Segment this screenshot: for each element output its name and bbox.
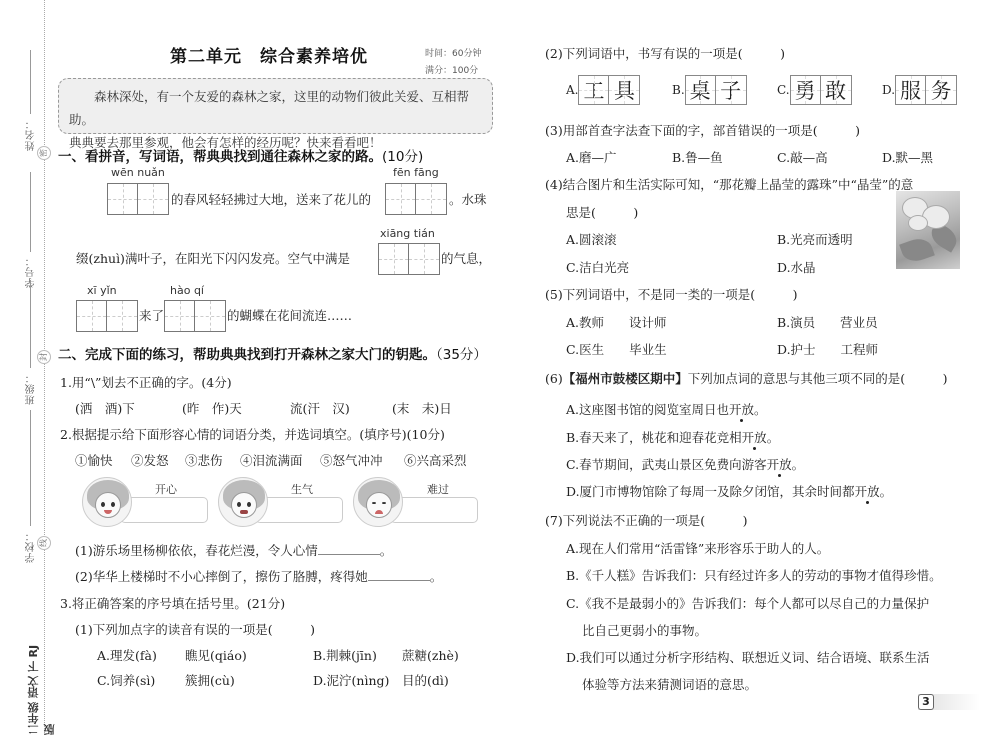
page-number: 3: [918, 694, 934, 710]
r-q5-option-a[interactable]: A.教师 设计师: [566, 313, 667, 331]
q2-blank-1[interactable]: [318, 541, 380, 555]
q1-item-4[interactable]: (末 未)日: [392, 399, 452, 417]
r-q2-a-char-2: 具: [609, 76, 639, 104]
answer-box-fen-fang[interactable]: [385, 183, 447, 215]
r-q4-title-cont: 思是( ): [566, 203, 638, 221]
seal-xian: 线: [37, 536, 51, 550]
r-q3-title: (3)用部首查字法查下面的字，部首错误的一项是( ): [545, 121, 860, 139]
pinyin-wen-nuan: wēn nuǎn: [111, 166, 165, 179]
q2-word-5: ⑤怒气冲冲: [320, 451, 383, 469]
q1-item-3[interactable]: 流(汗 汉): [290, 399, 350, 417]
r-q7-option-c[interactable]: C.《我不是最弱小的》告诉我们：每个人都可以尽自己的力量保护: [566, 594, 929, 612]
q3-sub1-option-d1[interactable]: D.泥泞(nìng): [313, 671, 389, 689]
r-q2-b-char-2: 子: [716, 76, 746, 104]
q3-sub1-option-a1[interactable]: A.理发(fà): [97, 646, 157, 664]
r-q5-option-b[interactable]: B.演员 营业员: [777, 313, 878, 331]
r-q7-option-d[interactable]: D.我们可以通过分析字形结构、联想近义词、结合语境、联系生活: [566, 648, 930, 666]
class-label: 班级：: [24, 372, 39, 405]
r-q2-title: (2)下列词语中，书写有误的一项是( ): [545, 44, 785, 62]
q1-title: 1.用“\”划去不正确的字。(4分): [60, 373, 232, 391]
r-q2-b-char-1: 桌: [686, 76, 716, 104]
intro-line-1: 森林深处，有一个友爱的森林之家，这里的动物们彼此关爱、互相帮助。: [69, 85, 482, 131]
r-q6-number: (6): [545, 371, 563, 386]
r-q6-option-b[interactable]: B.春天来了，桃花和迎春花竞相开放。: [566, 428, 779, 446]
r-q2-c-char-1: 勇: [791, 76, 821, 104]
seal-mi: 密: [37, 146, 51, 160]
r-q6-title-text: 下列加点词的意思与其他三项不同的是( ): [688, 371, 948, 386]
r-q4-option-a[interactable]: A.圆滚滚: [566, 230, 617, 248]
grade-label: 二年级 语文 下 RJ版: [26, 640, 58, 735]
sentence-part-6: 的蝴蝶在花间流连……: [227, 306, 352, 324]
student-id-field[interactable]: [30, 172, 31, 252]
school-label: 学校：: [24, 530, 39, 563]
r-q5-option-d[interactable]: D.护士 工程师: [777, 340, 878, 358]
r-q7-option-c-cont: 比自己更弱小的事物。: [582, 621, 707, 639]
r-q6-a-dotted-word: 开放: [729, 402, 754, 417]
q2-blank-2[interactable]: [368, 567, 430, 581]
r-q7-title: (7)下列说法不正确的一项是( ): [545, 511, 747, 529]
sentence-part-1: 的春风轻轻拂过大地，送来了花儿的: [171, 190, 371, 208]
q3-sub1-title: (1)下列加点字的读音有误的一项是( ): [75, 620, 315, 638]
r-q2-option-a[interactable]: A. 工具: [566, 75, 640, 105]
mood-angry-label: 生气: [291, 481, 313, 497]
r-q2-option-a-letter: A.: [566, 83, 578, 97]
r-q2-option-b[interactable]: B. 桌子: [672, 75, 747, 105]
r-q2-d-char-1: 服: [896, 76, 926, 104]
mood-happy-label: 开心: [155, 481, 177, 497]
r-q4-title: (4)结合图片和生活实际可知，“那花瓣上晶莹的露珠”中“晶莹”的意: [545, 175, 913, 193]
r-q3-option-a[interactable]: A.磨—广: [566, 148, 617, 166]
answer-box-xiang-tian[interactable]: [378, 243, 440, 275]
sad-answer-box[interactable]: [390, 497, 478, 523]
r-q5-option-c[interactable]: C.医生 毕业生: [566, 340, 667, 358]
r-q7-option-a[interactable]: A.现在人们常用“活雷锋”来形容乐于助人的人。: [566, 539, 829, 557]
r-q2-option-b-letter: B.: [672, 83, 685, 97]
section-1-title: 一、看拼音，写词语，帮典典找到通往森林之家的路。: [58, 149, 382, 165]
angry-answer-box[interactable]: [255, 497, 343, 523]
r-q7-option-b[interactable]: B.《千人糕》告诉我们：只有经过许多人的劳动的事物才值得珍惜。: [566, 566, 942, 584]
q2-title: 2.根据提示给下面形容心情的词语分类，并选词填空。(填序号)(10分): [60, 425, 445, 443]
q2-word-6: ⑥兴高采烈: [404, 451, 467, 469]
q2-sentence-2-end: 。: [430, 569, 443, 584]
section-2-heading: 二、完成下面的练习，帮助典典找到打开森林之家大门的钥匙。（35分）: [58, 343, 487, 363]
intro-box: 森林深处，有一个友爱的森林之家，这里的动物们彼此关爱、互相帮助。 典典要去那里参…: [58, 78, 493, 134]
r-q6-d-text: D.厦门市博物馆除了每周一及除夕闭馆，其余时间都: [566, 484, 855, 499]
r-q4-option-c[interactable]: C.洁白光亮: [566, 258, 629, 276]
r-q2-option-d-letter: D.: [882, 83, 895, 97]
q3-title: 3.将正确答案的序号填在括号里。(21分): [60, 594, 285, 612]
mood-sad-label: 难过: [427, 481, 449, 497]
happy-girl-icon: [82, 477, 132, 527]
page-title: 第二单元 综合素养培优: [170, 42, 368, 67]
r-q6-c-text: C.春节期间，武夷山景区免费向游客: [566, 457, 767, 472]
q1-item-1[interactable]: (洒 酒)下: [75, 399, 135, 417]
q2-word-1: ①愉快: [75, 451, 113, 469]
r-q6-b-dotted-word: 开放: [742, 430, 767, 445]
r-q4-option-b[interactable]: B.光亮而透明: [777, 230, 853, 248]
r-q6-b-text: B.春天来了，桃花和迎春花竞相: [566, 430, 742, 445]
time-limit: 时间：60分钟: [425, 46, 481, 59]
r-q2-option-c-letter: C.: [777, 83, 790, 97]
q2-word-4: ④泪流满面: [240, 451, 303, 469]
r-q6-c-end: 。: [792, 457, 805, 472]
q2-sentence-1: (1)游乐场里杨柳依依，春花烂漫，令人心情。: [75, 541, 392, 559]
r-q6-option-c[interactable]: C.春节期间，武夷山景区免费向游客开放。: [566, 455, 804, 473]
answer-box-hao-qi[interactable]: [164, 300, 226, 332]
q1-item-2[interactable]: (昨 作)天: [182, 399, 242, 417]
section-2-title: 二、完成下面的练习，帮助典典找到打开森林之家大门的钥匙。: [58, 347, 436, 363]
pinyin-xiang-tian: xiāng tián: [380, 227, 435, 240]
q3-sub1-option-d2: 目的(dì): [402, 671, 449, 689]
happy-answer-box[interactable]: [120, 497, 208, 523]
pinyin-fen-fang: fēn fāng: [393, 166, 439, 179]
class-field[interactable]: [30, 280, 31, 368]
page-number-badge: 3: [918, 694, 980, 710]
q2-sentence-2: (2)华华上楼梯时不小心摔倒了，擦伤了胳膊，疼得她。: [75, 567, 442, 585]
section-1-points: (10分): [382, 149, 423, 165]
q3-sub1-option-c1[interactable]: C.饲养(sì): [97, 671, 155, 689]
r-q6-option-d[interactable]: D.厦门市博物馆除了每周一及除夕闭馆，其余时间都开放。: [566, 482, 892, 500]
r-q2-a-char-1: 工: [579, 76, 609, 104]
pinyin-hao-qi: hào qí: [170, 284, 204, 297]
name-label: 姓名：: [24, 118, 39, 151]
r-q6-a-text: A.这座图书馆的阅览室周日也: [566, 402, 729, 417]
section-1-heading: 一、看拼音，写词语，帮典典找到通往森林之家的路。(10分): [58, 145, 423, 165]
section-2-points: （35分）: [436, 347, 487, 363]
r-q6-option-a[interactable]: A.这座图书馆的阅览室周日也开放。: [566, 400, 767, 418]
name-field[interactable]: [30, 50, 31, 114]
sad-girl-icon: [353, 477, 403, 527]
r-q6-b-end: 。: [767, 430, 780, 445]
seal-feng: 封: [37, 350, 51, 364]
r-q6-d-dotted-word: 开放: [855, 484, 880, 499]
r-q2-d-char-2: 务: [926, 76, 956, 104]
answer-box-xi-yin[interactable]: [76, 300, 138, 332]
sentence-part-3: 缀(zhuì)满叶子，在阳光下闪闪发亮。空气中满是: [76, 249, 350, 267]
angry-girl-icon: [218, 477, 268, 527]
q2-sentence-1-text: (1)游乐场里杨柳依依，春花烂漫，令人心情: [75, 543, 318, 558]
source-tag: 【福州市鼓楼区期中】: [563, 371, 688, 386]
r-q2-c-char-2: 敢: [821, 76, 851, 104]
student-id-label: 学号：: [24, 255, 39, 288]
r-q6-c-dotted-word: 开放: [767, 457, 792, 472]
full-score: 满分：100分: [425, 63, 478, 76]
sentence-part-2: 。水珠: [449, 190, 487, 208]
r-q5-title: (5)下列词语中，不是同一类的一项是( ): [545, 285, 797, 303]
cut-line: [44, 0, 45, 735]
q2-word-2: ②发怒: [131, 451, 169, 469]
pinyin-xi-yin: xī yǐn: [87, 284, 117, 297]
r-q7-option-d-cont: 体验等方法来猜测词语的意思。: [582, 675, 757, 693]
q3-sub1-option-b1[interactable]: B.荆棘(jīn): [313, 646, 377, 664]
q3-sub1-option-a2: 瞧见(qiáo): [185, 646, 247, 664]
r-q3-option-b[interactable]: B.鲁—鱼: [672, 148, 723, 166]
q2-sentence-1-end: 。: [380, 543, 393, 558]
sentence-part-4: 的气息，: [441, 249, 491, 267]
r-q4-option-d[interactable]: D.水晶: [777, 258, 816, 276]
r-q6-a-end: 。: [754, 402, 767, 417]
r-q2-option-d[interactable]: D. 服务: [882, 75, 957, 105]
answer-box-wen-nuan[interactable]: [107, 183, 169, 215]
r-q6-title: (6)【福州市鼓楼区期中】下列加点词的意思与其他三项不同的是( ): [545, 369, 948, 387]
q2-sentence-2-text: (2)华华上楼梯时不小心摔倒了，擦伤了胳膊，疼得她: [75, 569, 368, 584]
r-q3-option-c[interactable]: C.敲—高: [777, 148, 828, 166]
school-field[interactable]: [30, 410, 31, 526]
r-q3-option-d[interactable]: D.默—黑: [882, 148, 933, 166]
q2-word-3: ③悲伤: [185, 451, 223, 469]
r-q2-option-c[interactable]: C. 勇敢: [777, 75, 852, 105]
binding-margin: 姓名： 密 学号： 封 班级： 学校： 线 二年级 语文 下 RJ版: [0, 0, 60, 735]
flower-dew-photo: [896, 191, 960, 269]
r-q6-d-end: 。: [880, 484, 893, 499]
q3-sub1-option-b2: 蔗糖(zhè): [402, 646, 459, 664]
sentence-part-5: 来了: [139, 306, 164, 324]
q3-sub1-option-c2: 簇拥(cù): [185, 671, 235, 689]
